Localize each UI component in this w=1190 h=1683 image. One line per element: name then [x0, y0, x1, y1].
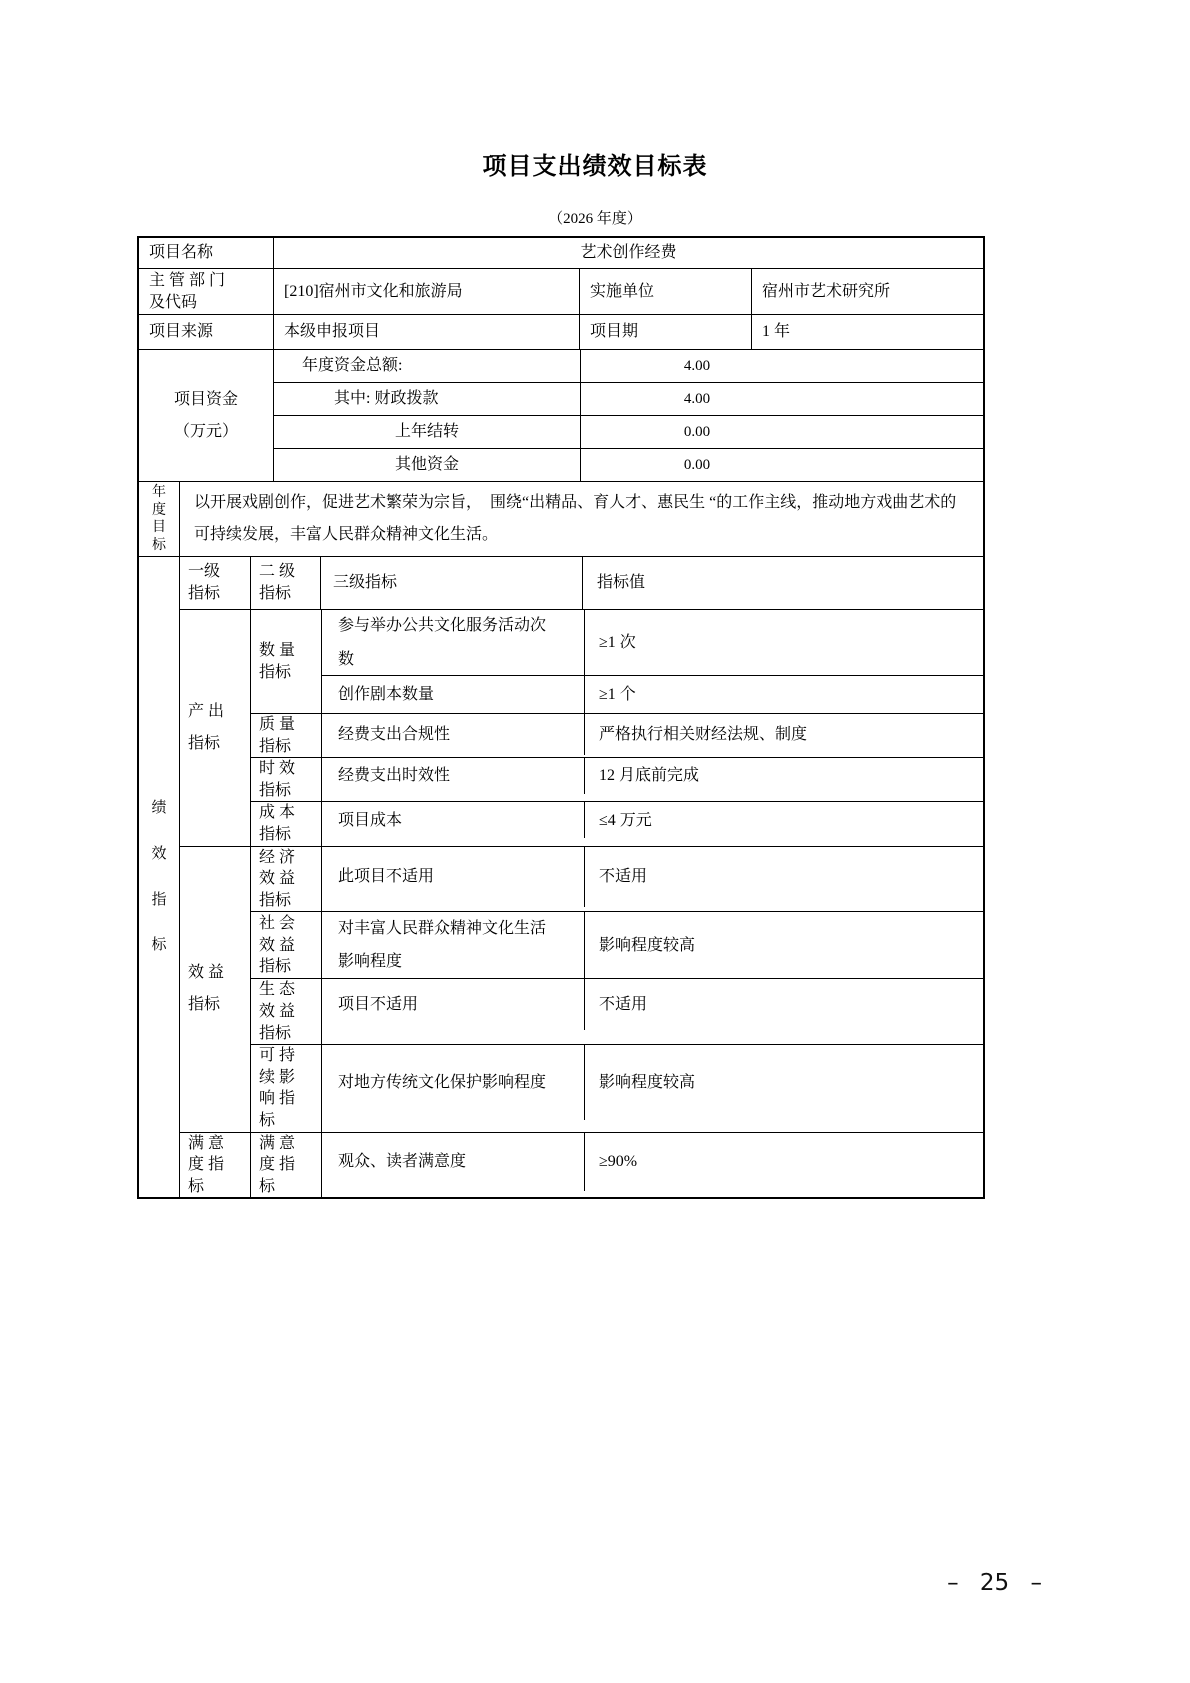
- section-label-char: 效: [151, 845, 166, 864]
- fund-row: 年度资金总额: 4.00: [274, 350, 983, 382]
- indicator-value: 12 月底前完成: [584, 758, 983, 794]
- indicator-group: 满 意 度 指 标 满 意 度 指 标 观众、读者满意度 ≥90%: [180, 1132, 983, 1198]
- subgroup-label-timeliness: 时 效 指标: [251, 758, 321, 801]
- department-label: 主 管 部 门 及代码: [139, 269, 273, 314]
- indicator-value: ≥1 次: [584, 610, 983, 675]
- subgroup-label-quantity: 数 量 指标: [251, 610, 321, 713]
- fund-total-label: 年度资金总额:: [274, 350, 580, 382]
- subgroup-label-economic: 经 济 效 益 指标: [251, 847, 321, 912]
- indicator-group: 效 益 指标 经 济 效 益 指标 此项目不适用 不适用: [180, 846, 983, 1132]
- indicator-name: 观众、读者满意度: [322, 1133, 584, 1191]
- indicator-value: 不适用: [584, 847, 983, 907]
- indicator-name: 经费支出合规性: [322, 714, 584, 755]
- annual-goal-text: 以开展戏剧创作，促进艺术繁荣为宗旨， 围绕“出精品、育人才、惠民生 “的工作主线…: [179, 482, 983, 556]
- indicators-header-row: 一级 指标 二 级 指标 三级指标 指标值: [180, 557, 983, 609]
- group-label-benefit: 效 益 指标: [180, 847, 250, 1132]
- table-row: 观众、读者满意度 ≥90%: [322, 1133, 983, 1191]
- table-row: 项目来源 本级申报项目 项目期 1 年: [139, 314, 983, 349]
- subgroup-label-quality: 质 量 指标: [251, 714, 321, 757]
- table-row: 对丰富人民群众精神文化生活影响程度 影响程度较高: [322, 912, 983, 978]
- fund-row: 其中: 财政拨款 4.00: [274, 382, 983, 415]
- table-row: 此项目不适用 不适用: [322, 847, 983, 907]
- department-value: [210]宿州市文化和旅游局: [273, 269, 579, 314]
- header-level1: 一级 指标: [180, 557, 250, 609]
- indicator-subgroup: 质 量 指标 经费支出合规性 严格执行相关财经法规、制度: [251, 713, 983, 757]
- page-title: 项目支出绩效目标表: [0, 0, 1190, 181]
- indicator-subgroup: 时 效 指标 经费支出时效性 12 月底前完成: [251, 757, 983, 801]
- fund-other-value: 0.00: [580, 449, 983, 481]
- page-subtitle: （2026 年度）: [0, 207, 1190, 228]
- group-label-output: 产 出 指标: [180, 610, 250, 846]
- implementing-unit-value: 宿州市艺术研究所: [751, 269, 983, 314]
- indicator-value: ≥1 个: [584, 676, 983, 713]
- indicator-value: 严格执行相关财经法规、制度: [584, 714, 983, 755]
- table-row: 项目资金 （万元） 年度资金总额: 4.00 其中: 财政拨款 4.00 上年结…: [139, 349, 983, 481]
- annual-goal-label: 年 度 目 标: [139, 482, 179, 556]
- indicator-subgroup: 成 本 指标 项目成本 ≤4 万元: [251, 801, 983, 845]
- table-row: 对地方传统文化保护影响程度 影响程度较高: [322, 1045, 983, 1120]
- performance-target-table: 项目名称 艺术创作经费 主 管 部 门 及代码 [210]宿州市文化和旅游局 实…: [137, 236, 985, 1199]
- group-label-satisfaction: 满 意 度 指 标: [180, 1133, 250, 1198]
- implementing-unit-label: 实施单位: [579, 269, 751, 314]
- subgroup-label-satisfaction: 满 意 度 指 标: [251, 1133, 321, 1198]
- fund-carryover-value: 0.00: [580, 416, 983, 448]
- table-row: 项目名称 艺术创作经费: [139, 238, 983, 268]
- table-row: 经费支出合规性 严格执行相关财经法规、制度: [322, 714, 983, 755]
- project-source-value: 本级申报项目: [273, 315, 579, 349]
- indicator-value: 影响程度较高: [584, 912, 983, 978]
- project-period-label: 项目期: [579, 315, 751, 349]
- page-number: – 25 –: [947, 1570, 1042, 1596]
- fund-total-value: 4.00: [580, 350, 983, 382]
- indicator-value: ≤4 万元: [584, 802, 983, 838]
- indicator-name: 对丰富人民群众精神文化生活影响程度: [322, 912, 584, 978]
- table-row: 创作剧本数量 ≥1 个: [322, 675, 983, 713]
- project-funds-label: 项目资金 （万元）: [139, 350, 273, 481]
- table-row: 项目成本 ≤4 万元: [322, 802, 983, 838]
- table-row: 主 管 部 门 及代码 [210]宿州市文化和旅游局 实施单位 宿州市艺术研究所: [139, 268, 983, 314]
- section-label-char: 指: [151, 891, 166, 910]
- table-row: 项目不适用 不适用: [322, 979, 983, 1030]
- indicator-name: 此项目不适用: [322, 847, 584, 907]
- header-level3: 三级指标: [320, 557, 582, 609]
- fund-fiscal-value: 4.00: [580, 383, 983, 415]
- fund-fiscal-label: 其中: 财政拨款: [274, 383, 580, 415]
- subgroup-label-sustainability: 可 持 续 影 响 指 标: [251, 1045, 321, 1131]
- fund-other-label: 其他资金: [274, 449, 580, 481]
- table-row: 参与举办公共文化服务活动次数 ≥1 次: [322, 610, 983, 675]
- indicators-section: 绩 效 指 标 一级 指标 二 级 指标 三级指标 指标值 产 出 指标 数 量…: [139, 556, 983, 1197]
- indicator-name: 参与举办公共文化服务活动次数: [322, 610, 584, 675]
- subgroup-label-social: 社 会 效 益 指标: [251, 912, 321, 978]
- fund-carryover-label: 上年结转: [274, 416, 580, 448]
- indicators-section-label: 绩 效 指 标: [139, 557, 179, 1197]
- project-name-value: 艺术创作经费: [273, 238, 983, 268]
- fund-row: 上年结转 0.00: [274, 415, 983, 448]
- indicator-name: 项目成本: [322, 802, 584, 838]
- indicator-value: 不适用: [584, 979, 983, 1030]
- fund-row: 其他资金 0.00: [274, 448, 983, 481]
- indicator-subgroup: 社 会 效 益 指标 对丰富人民群众精神文化生活影响程度 影响程度较高: [251, 911, 983, 978]
- indicator-subgroup: 满 意 度 指 标 观众、读者满意度 ≥90%: [251, 1133, 983, 1198]
- indicator-name: 项目不适用: [322, 979, 584, 1030]
- subgroup-label-ecological: 生 态 效 益 指标: [251, 979, 321, 1044]
- indicator-name: 对地方传统文化保护影响程度: [322, 1045, 584, 1120]
- project-name-label: 项目名称: [139, 238, 273, 268]
- subgroup-label-cost: 成 本 指标: [251, 802, 321, 845]
- indicator-value: ≥90%: [584, 1133, 983, 1191]
- indicator-subgroup: 数 量 指标 参与举办公共文化服务活动次数 ≥1 次 创作剧本数量 ≥1 个: [251, 610, 983, 713]
- indicator-subgroup: 可 持 续 影 响 指 标 对地方传统文化保护影响程度 影响程度较高: [251, 1044, 983, 1131]
- table-row: 经费支出时效性 12 月底前完成: [322, 758, 983, 794]
- project-source-label: 项目来源: [139, 315, 273, 349]
- section-label-char: 标: [151, 936, 166, 955]
- indicator-subgroup: 经 济 效 益 指标 此项目不适用 不适用: [251, 847, 983, 912]
- header-level2: 二 级 指标: [250, 557, 320, 609]
- header-value: 指标值: [582, 557, 983, 609]
- indicator-subgroup: 生 态 效 益 指标 项目不适用 不适用: [251, 978, 983, 1044]
- table-row: 年 度 目 标 以开展戏剧创作，促进艺术繁荣为宗旨， 围绕“出精品、育人才、惠民…: [139, 481, 983, 556]
- section-label-char: 绩: [151, 799, 166, 818]
- indicator-value: 影响程度较高: [584, 1045, 983, 1120]
- indicator-name: 经费支出时效性: [322, 758, 584, 794]
- project-period-value: 1 年: [751, 315, 983, 349]
- indicator-name: 创作剧本数量: [322, 676, 584, 713]
- indicator-group: 产 出 指标 数 量 指标 参与举办公共文化服务活动次数 ≥1 次 创作剧本数量: [180, 609, 983, 846]
